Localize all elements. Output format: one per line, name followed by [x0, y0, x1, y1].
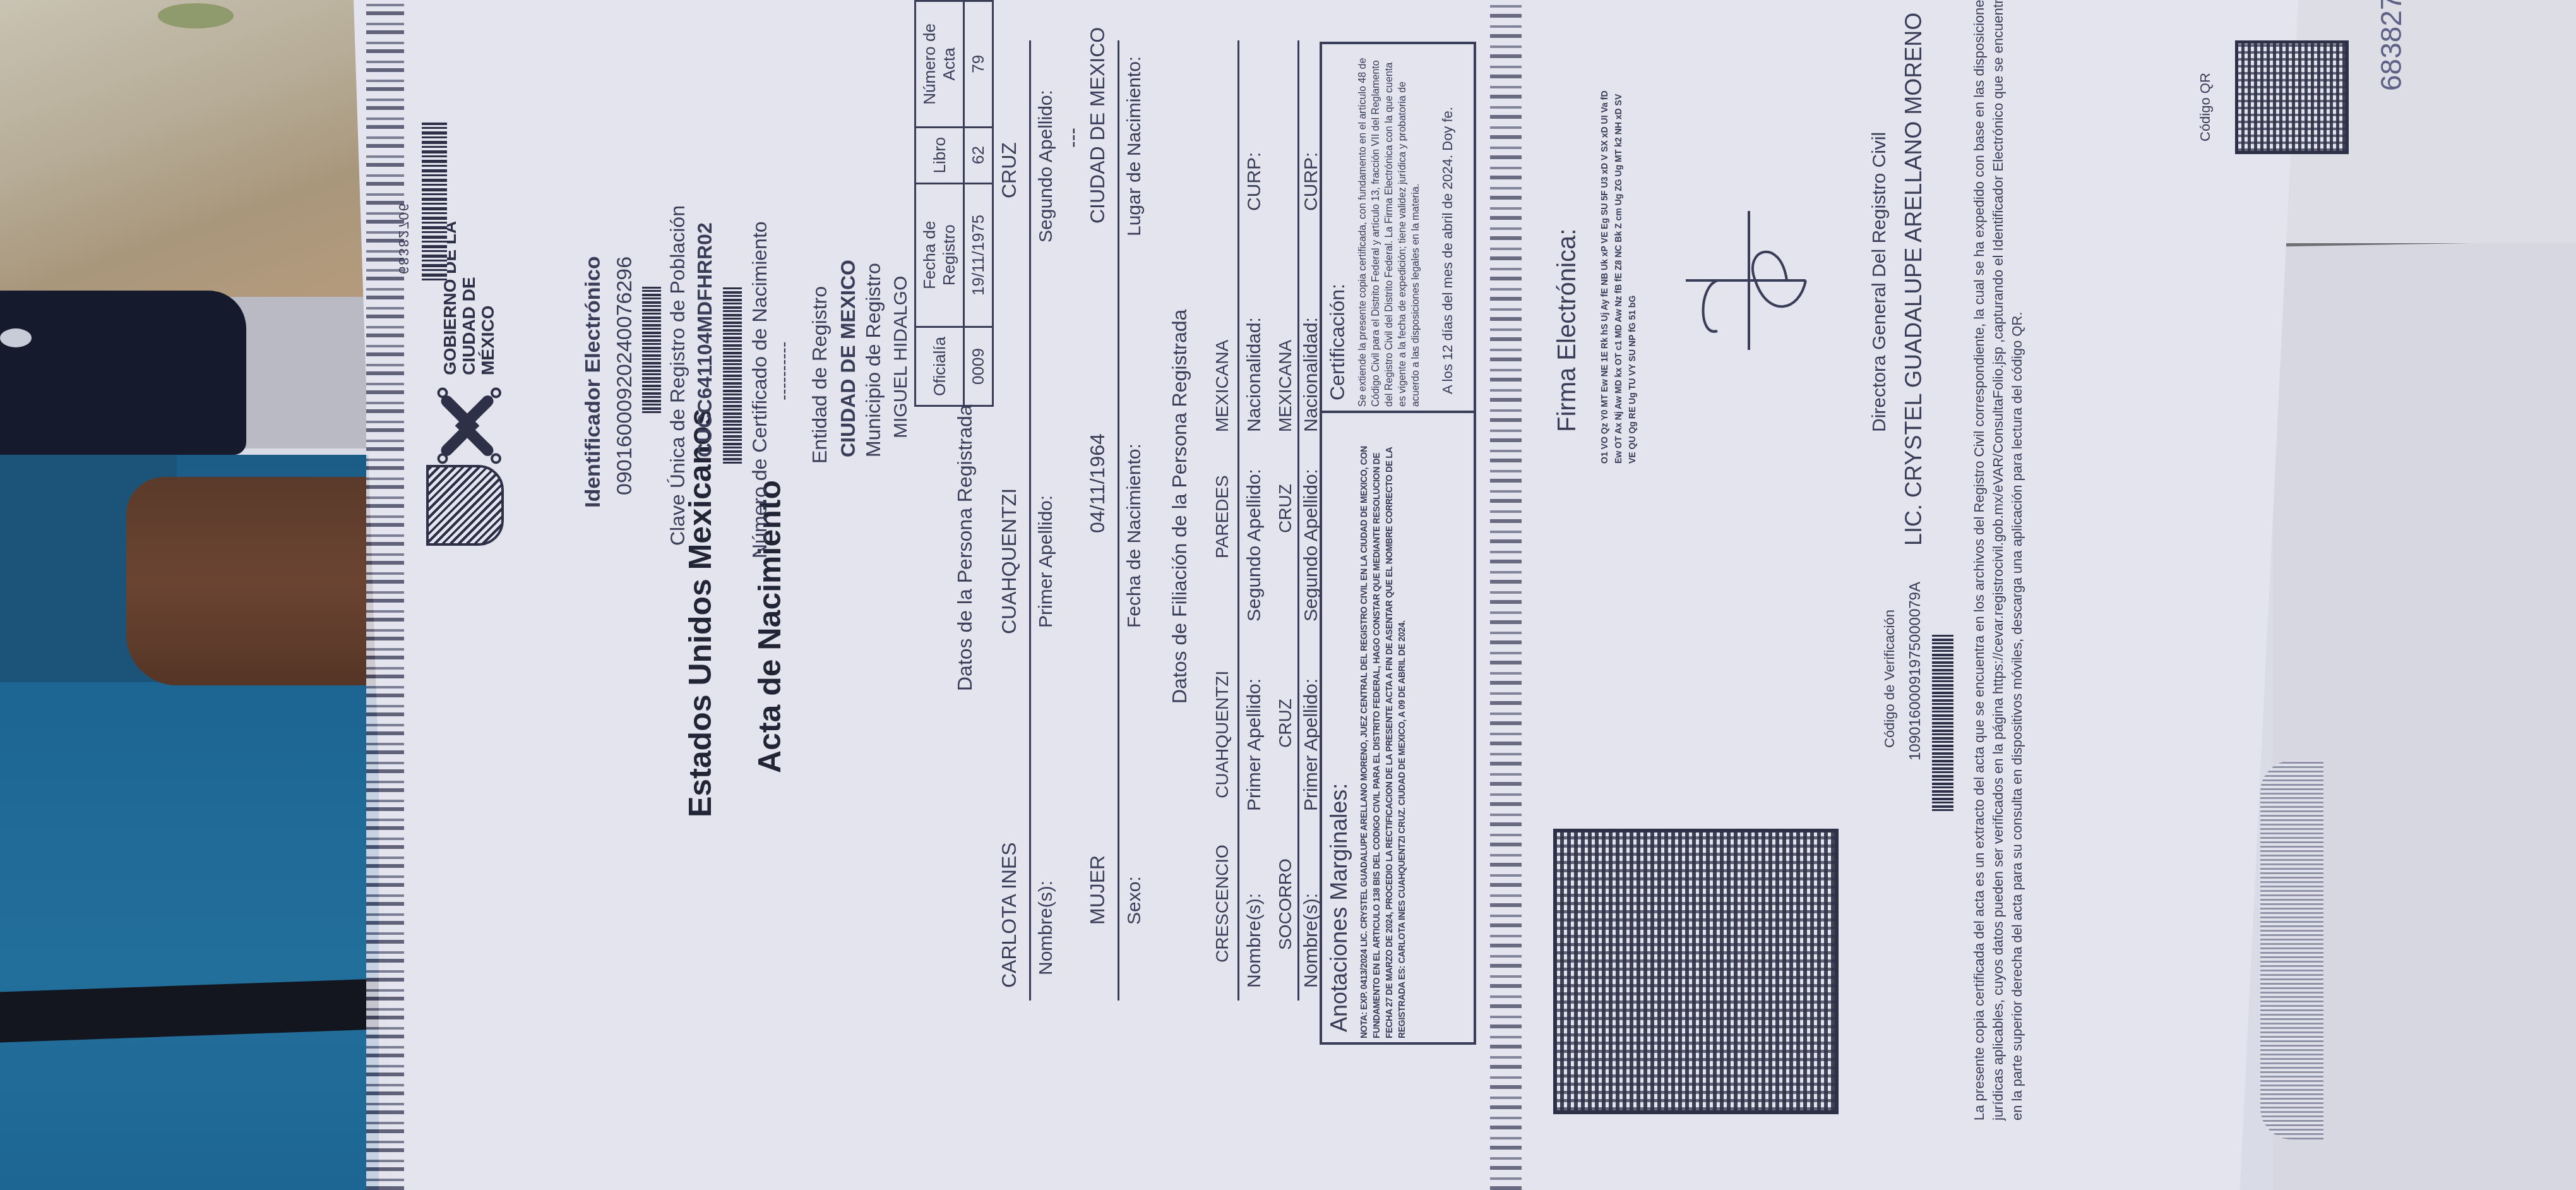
parent1-second-surname-label: Segundo Apellido:: [1244, 469, 1265, 622]
person-first-surname: CUAHQUENTZI: [998, 488, 1021, 634]
birth-certificate: GOBIERNO DE LA CIUDAD DE MÉXICO 68382706…: [366, 0, 2311, 1190]
electronic-signature-hash: O1 VO Qz Y0 MT Ew NE 1E Rk hS Uj Ay fE N…: [1597, 85, 1639, 464]
parent1-curp-label: CURP:: [1244, 152, 1265, 211]
birth-cert-number-label: Número de Certificado de Nacimiento: [748, 221, 772, 558]
parent1-first-surname-label: Primer Apellido:: [1244, 678, 1265, 811]
cdmx-shield-icon: [426, 465, 504, 546]
value-numero-acta: 79: [964, 1, 993, 128]
certification-title: Certificación:: [1326, 284, 1349, 400]
background-arm: [126, 477, 379, 685]
person-birth-date-label: Fecha de Nacimiento:: [1124, 443, 1145, 628]
person-birth-date: 04/11/1964: [1086, 433, 1109, 533]
person-sex: MUJER: [1086, 855, 1109, 925]
divider: [1237, 40, 1239, 1001]
qr-code-large: [1553, 829, 1839, 1114]
header-libro: Libro: [915, 127, 964, 183]
registered-person-title: Datos de la Persona Registrada: [953, 404, 977, 691]
person-second-surname-label: Segundo Apellido:: [1035, 90, 1057, 243]
person-first-surname-label: Primer Apellido:: [1035, 495, 1057, 628]
certification-date: A los 12 días del mes de abril de 2024. …: [1440, 107, 1456, 394]
parent2-second-surname: CRUZ: [1275, 484, 1296, 533]
director-title: Directora General Del Registro Civil: [1869, 132, 1890, 432]
value-oficialia: 0009: [964, 327, 993, 406]
registry-table-header: Oficialía Fecha de Registro Libro Número…: [915, 1, 964, 406]
verification-barcode: [1932, 634, 1953, 811]
electronic-id-label: Identificador Electrónico: [581, 256, 605, 508]
director-name: LIC. CRYSTEL GUADALUPE ARELLANO MORENO: [1900, 13, 1927, 546]
header-numero-acta: Número de Acta: [915, 1, 964, 128]
value-libro: 62: [964, 127, 993, 183]
qr-code-small: [2235, 40, 2349, 154]
person-birth-place-label: Lugar de Nacimiento:: [1124, 56, 1145, 236]
annotations-text: NOTA: EXP. 0413/2024 LIC. CRYSTEL GUADAL…: [1357, 445, 1408, 1038]
registry-entity-value: CIUDAD DE MEXICO: [837, 260, 860, 457]
decorative-border-top: [366, 0, 404, 1190]
electronic-signature-title: Firma Electrónica:: [1553, 229, 1582, 432]
decorative-border-bottom: [1490, 0, 1522, 1190]
parent2-first-surname-label: Primer Apellido:: [1301, 678, 1322, 811]
verification-code-value: 10901600091975000079A: [1907, 582, 1924, 760]
parent2-nationality-label: Nacionalidad:: [1301, 317, 1322, 432]
verification-code-label: Código de Verificación: [1881, 610, 1898, 748]
header-fecha-registro: Fecha de Registro: [915, 183, 964, 327]
parent2-first-surname: CRUZ: [1275, 699, 1296, 748]
parent2-names: SOCORRO: [1275, 858, 1296, 950]
decorative-seal: [2260, 760, 2323, 1139]
government-name: GOBIERNO DE LA CIUDAD DE MÉXICO: [441, 211, 498, 375]
cdmx-logo-icon: [426, 385, 508, 467]
electronic-id-value: 09016000920240076296: [612, 256, 637, 495]
parent1-second-surname: PAREDES: [1212, 475, 1232, 558]
parent1-nationality-label: Nacionalidad:: [1244, 317, 1265, 432]
value-fecha-registro: 19/11/1975: [964, 183, 993, 327]
curp-label: Clave Única de Registro de Población: [666, 205, 689, 546]
birth-cert-number-value: ----------: [773, 342, 794, 400]
qr-code-label: Código QR: [2197, 73, 2214, 141]
registry-municipality-value: MIGUEL HIDALGO: [890, 276, 912, 438]
parent2-nationality: MEXICANA: [1275, 340, 1296, 432]
folio-mirrored: 68382706: [395, 202, 412, 274]
registry-entity-label: Entidad de Registro: [808, 286, 832, 464]
person-second-surname: CRUZ: [998, 142, 1021, 198]
person-sex-label: Sexo:: [1124, 876, 1145, 925]
folio-number: 68382706: [2374, 0, 2408, 91]
registry-table-row: 0009 19/11/1975 62 79: [964, 1, 993, 406]
parent2-second-surname-label: Segundo Apellido:: [1301, 469, 1322, 622]
parent2-names-label: Nombre(s):: [1301, 893, 1322, 988]
person-names: CARLOTA INES: [998, 842, 1021, 988]
background-ground: [0, 0, 366, 297]
divider: [1029, 40, 1031, 1001]
person-names-label: Nombre(s):: [1035, 880, 1057, 975]
person-birth-place: CIUDAD DE MEXICO: [1086, 27, 1109, 224]
footer-legal-text: La presente copia certificada del acta e…: [1970, 0, 2027, 1121]
divider: [1118, 40, 1119, 1001]
certification-text: Se extiende la presente copia certificad…: [1356, 53, 1422, 407]
divider: [1297, 40, 1299, 1001]
background-bag: [0, 291, 246, 455]
filiation-title: Datos de Filiación de la Persona Registr…: [1168, 310, 1191, 704]
parent2-curp-label: CURP:: [1301, 152, 1322, 211]
curp-barcode: [723, 287, 742, 464]
electronic-id-barcode: [642, 287, 661, 413]
parent1-names: CRESCENCIO: [1212, 844, 1232, 963]
person-curp-dash: ---: [1061, 128, 1084, 148]
handwritten-signature-icon: [1679, 186, 1818, 375]
registry-municipality-label: Municipio de Registro: [862, 263, 885, 457]
registry-table: Oficialía Fecha de Registro Libro Número…: [914, 0, 994, 407]
parent1-first-surname: CUAHQUENTZI: [1212, 671, 1232, 798]
annotations-title: Anotaciones Marginales:: [1326, 783, 1352, 1032]
header-oficialia: Oficialía: [915, 327, 964, 406]
parent1-names-label: Nombre(s):: [1244, 893, 1265, 988]
folio-barcode: [422, 123, 447, 280]
parent1-nationality: MEXICANA: [1212, 340, 1232, 432]
curp-value: CUCC641104MDFHRR02: [693, 222, 717, 457]
